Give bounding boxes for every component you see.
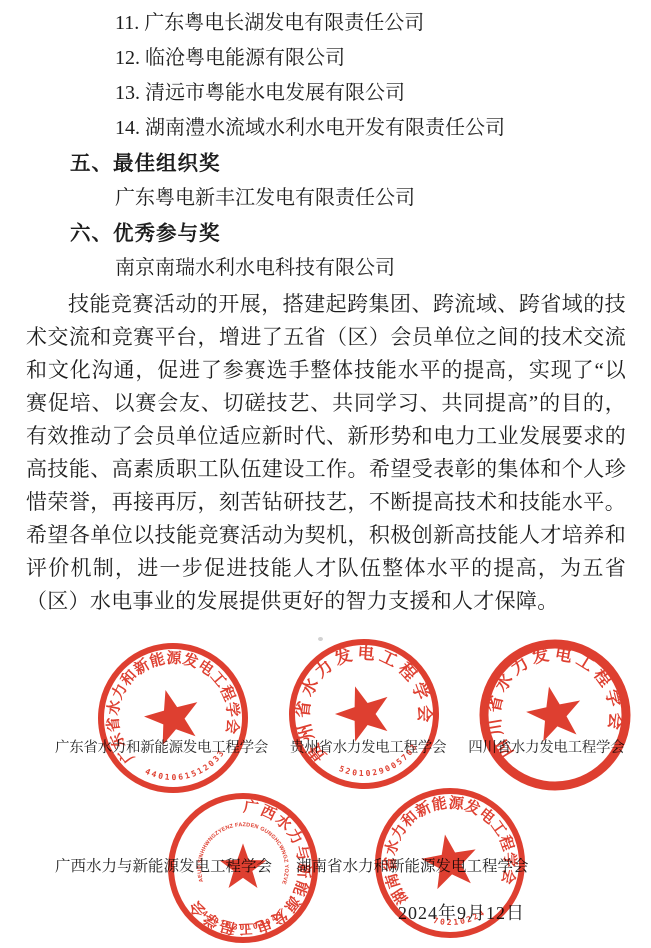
seal-number: 4401061512033 [142, 746, 231, 791]
star-icon [522, 681, 587, 744]
section-heading-excellent-participation: 六、优秀参与奖 [70, 216, 626, 251]
award-list-item: 13. 清远市粤能水电发展有限公司 [115, 76, 626, 111]
document-page: 11. 广东粤电长湖发电有限责任公司 12. 临沧粤电能源有限公司 13. 清远… [0, 0, 651, 948]
award-item-name: 临沧粤电能源有限公司 [145, 47, 345, 69]
seal-svg: 广西水力与新能源发电工程学会 CAEUQ SINHHWNGZYENZ FAZDE… [163, 788, 323, 948]
seal-number: 5201029005703 [336, 739, 425, 788]
seal-guangxi: 广西水力与新能源发电工程学会 CAEUQ SINHHWNGZYENZ FAZDE… [163, 788, 323, 948]
svg-text:5201029005703: 5201029005703 [336, 739, 425, 788]
award-item-name: 广东粤电长湖发电有限责任公司 [144, 12, 424, 34]
winner-name: 南京南瑞水利水电科技有限公司 [115, 251, 626, 286]
seal-guangdong: 广东省水力和新能源发电工程学会 4401061512033 [75, 620, 271, 816]
seal-svg: 湖南省水力和新能源发电工程学会 70210224 [357, 770, 542, 948]
award-item-number: 13. [115, 82, 140, 104]
star-icon [139, 683, 206, 748]
winner-name: 广东粤电新丰江发电有限责任公司 [115, 181, 626, 216]
svg-text:4401061512033: 4401061512033 [142, 746, 231, 791]
section-heading-best-organization: 五、最佳组织奖 [70, 146, 626, 181]
star-icon [220, 843, 267, 888]
award-item-number: 12. [115, 47, 140, 69]
award-item-number: 11. [115, 12, 139, 34]
document-body: 11. 广东粤电长湖发电有限责任公司 12. 临沧粤电能源有限公司 13. 清远… [26, 6, 626, 618]
star-icon [329, 678, 398, 745]
award-item-name: 湖南澧水流域水利水电开发有限责任公司 [145, 117, 505, 139]
seal-hunan: 湖南省水力和新能源发电工程学会 70210224 [357, 770, 542, 948]
star-icon [418, 830, 481, 891]
seal-svg: 广东省水力和新能源发电工程学会 4401061512033 [75, 620, 271, 816]
scan-artifact [318, 637, 323, 641]
award-list-item: 14. 湖南澧水流域水利水电开发有限责任公司 [115, 111, 626, 146]
award-list-item: 12. 临沧粤电能源有限公司 [115, 41, 626, 76]
body-paragraph: 技能竞赛活动的开展，搭建起跨集团、跨流域、跨省域的技术交流和竞赛平台，增进了五省… [26, 288, 626, 618]
award-list-item: 11. 广东粤电长湖发电有限责任公司 [115, 6, 626, 41]
award-item-name: 清远市粤能水电发展有限公司 [145, 82, 405, 104]
award-item-number: 14. [115, 117, 140, 139]
